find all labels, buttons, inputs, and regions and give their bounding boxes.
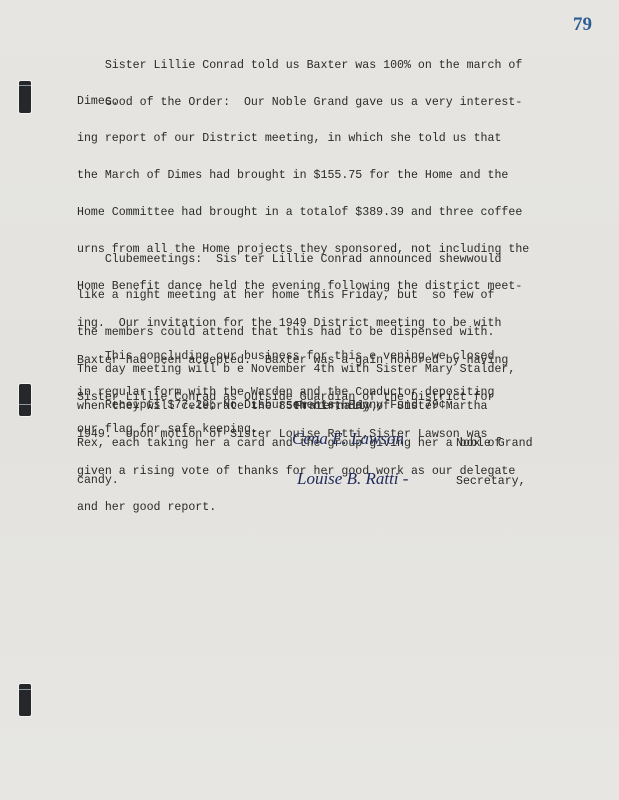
text-line: like a night meeting at her home this Fr… bbox=[77, 290, 577, 302]
page-number: 79 bbox=[573, 14, 592, 36]
signature-secretary: Louise B. Ratti - bbox=[297, 469, 408, 489]
text-line: Good of the Order: Our Noble Grand gave … bbox=[77, 97, 577, 109]
signature-noble-grand: Cena E. Lawson bbox=[292, 429, 404, 449]
text-line: the March of Dimes had brought in $155.7… bbox=[77, 170, 577, 182]
title-secretary: Secretary, bbox=[456, 475, 526, 488]
text-line: Sister Lillie Conrad told us Baxter was … bbox=[77, 60, 577, 72]
binder-tab-middle bbox=[18, 383, 32, 417]
text-line: Clubemeetings: Sis ter Lillie Conrad ann… bbox=[77, 254, 577, 266]
title-noble-grand: Noble Grand bbox=[456, 437, 533, 450]
text-line: This concluding our business for this e … bbox=[77, 351, 577, 363]
binder-tab-bottom bbox=[18, 683, 32, 717]
text-line: ing report of our District meeting, in w… bbox=[77, 133, 577, 145]
closing-salutation: Fraternally, bbox=[295, 400, 379, 413]
binder-tab-top bbox=[18, 80, 32, 114]
text-line: Home Committee had brought in a totalof … bbox=[77, 207, 577, 219]
document-page: 79 Sister Lillie Conrad told us Baxter w… bbox=[0, 0, 619, 800]
